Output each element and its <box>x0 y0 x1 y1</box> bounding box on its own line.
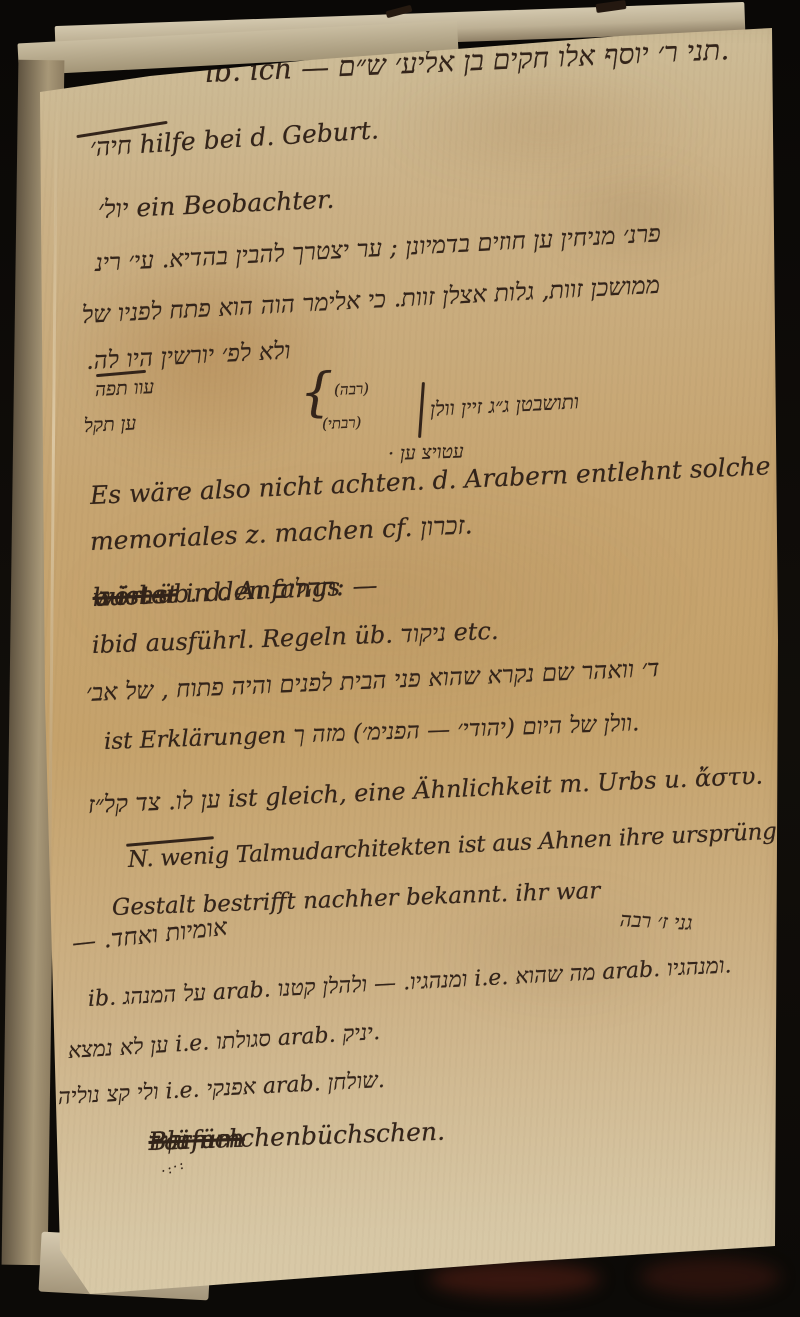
ink-stroke-vertical <box>418 382 425 438</box>
brace-group-left-bottom: ען תקל <box>83 413 136 437</box>
handwritten-line-16-side-note: גני ז׳ רבה <box>619 908 693 934</box>
ink-bleedthrough <box>540 160 730 270</box>
line-21-post: Parfümchenbüchschen. <box>148 1118 445 1156</box>
backdrop-stain <box>430 1262 600 1296</box>
manuscript-scan: 10 ib. ich — תני ר׳ יוסף אלו חקים בן אלי… <box>0 0 800 1317</box>
brace-group-left-top: עוו תפה <box>94 377 154 401</box>
brace-group-sub-text: עטויצ ען · <box>388 441 464 465</box>
handwritten-line-19: ען לא נמצא i.e. סגולתו arab. יניק. <box>67 1021 380 1064</box>
brace-group-paren-bottom: (רבתי) <box>322 414 362 432</box>
handwritten-line-17: אומיות ואחד. — <box>71 914 229 957</box>
handwritten-line-20: ולי קצ נוליה i.e. אפנקי arab. שולחן. <box>57 1069 385 1110</box>
handwritten-line-14: ען לו. צד קל״ז ist gleich, eine Ähnlichk… <box>87 763 763 819</box>
handwritten-line-15: N. wenig Talmudarchitekten ist aus Ahnen… <box>127 818 800 873</box>
handwritten-line-3: יול׳ ein Beobachter. <box>97 186 334 224</box>
dots-mark: ·:·: <box>160 1158 188 1180</box>
manuscript-page: 10 ib. ich — תני ר׳ יוסף אלו חקים בן אלי… <box>0 0 800 1317</box>
handwritten-line-2: חיה׳ hilfe bei d. Geburt. <box>89 116 379 161</box>
curly-brace: { <box>300 370 333 417</box>
brace-group-paren-top: (רבה) <box>334 380 370 398</box>
backdrop-stain <box>640 1258 780 1296</box>
brace-group-main-text: ותושבטן ג״ג זיין וולן <box>429 390 579 420</box>
handwritten-line-4: פרנ׳ מניחין ען חוזים בדמיונן ; ער יצטרך … <box>94 220 661 276</box>
